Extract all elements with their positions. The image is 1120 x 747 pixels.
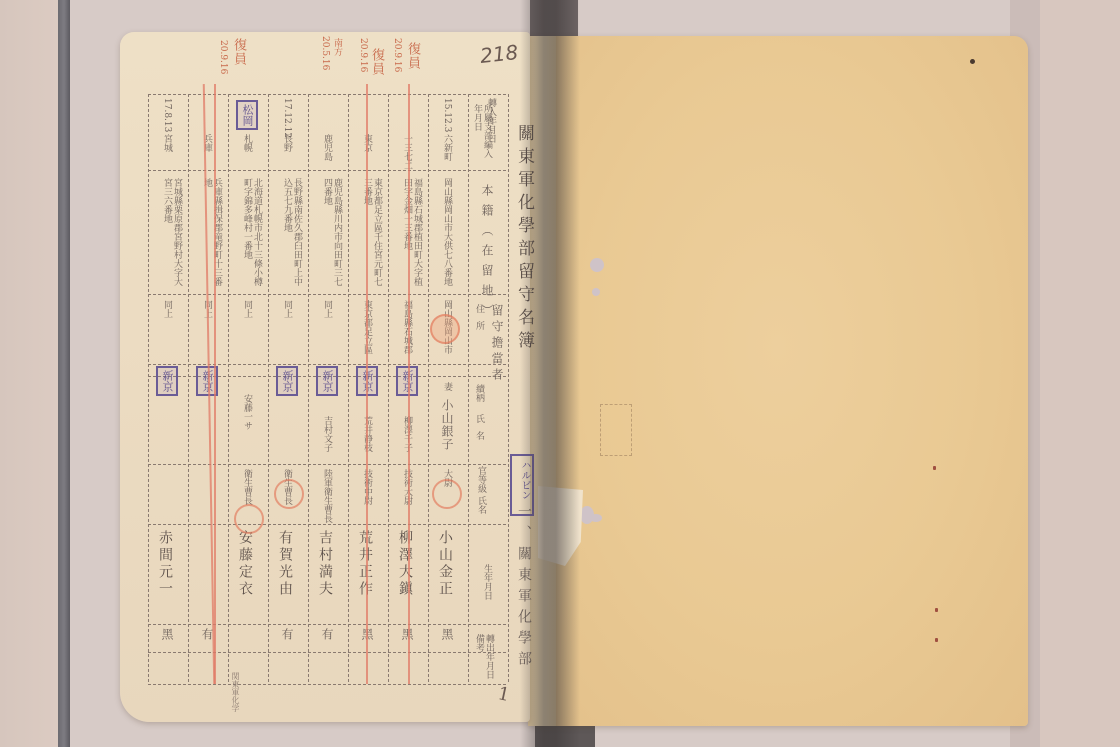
header-column: 轉入年月日 所屬支部編入年月日 本籍（在留地） 留守擔當者 住所 續柄 氏名 官… [468, 94, 508, 684]
branch-stamp: 新京 [276, 366, 298, 396]
red-seal [274, 479, 304, 509]
person-name: 安藤定衣 [238, 530, 251, 598]
annotation-demobilized: 復員 [406, 42, 419, 70]
person-name: 赤間元一 [158, 530, 171, 598]
register-grid: 轉入年月日 所屬支部編入年月日 本籍（在留地） 留守擔當者 住所 續柄 氏名 官… [148, 94, 508, 684]
red-seal [430, 314, 460, 344]
table-row: 17.8.13 宮城 宮城縣栗原郡宮野村大字大宮三六番地 同上 新京 赤間元一 … [148, 94, 188, 684]
bottom-mark: 1 [496, 683, 512, 706]
header-guardian-label: 留守擔當者 [490, 304, 503, 384]
header-branch-assign: 所屬支部編入年月日 [472, 104, 492, 164]
table-row: 松岡 札幌 北海道札幌市北十三條小樽町字錦多峰村一番地 同上 安藤一サ 衛生曹長… [228, 94, 268, 684]
red-mark [933, 466, 936, 470]
annotation-date: 20.9.16 [358, 38, 368, 72]
paper-hole [590, 514, 602, 522]
annotation-date: 20.5.16 [320, 36, 330, 70]
bottom-note: 関東軍化学 [230, 672, 241, 712]
annotation-demobilized: 復員 [370, 48, 383, 76]
faint-stamp-outline [600, 404, 632, 456]
table-row: 鹿児島 鹿児島縣川内市向田町三七四番地 同上 新京 吉村文子 陸軍衛生曹長 吉村… [308, 94, 348, 684]
header-guardian-address: 住所 [474, 304, 484, 338]
paper-hole [590, 258, 604, 272]
red-strike-line [408, 84, 410, 684]
top-stamp: 松岡 [236, 100, 258, 130]
header-remarks: 轉出年月日 備考 [474, 634, 494, 684]
branch-stamp: 新京 [316, 366, 338, 396]
red-seal [432, 479, 462, 509]
header-rank-name: 官等級 氏名 [476, 466, 486, 514]
binder-bar [58, 0, 70, 747]
header-guardian-name: 氏名 [474, 414, 484, 448]
red-seal [234, 504, 264, 534]
red-mark [935, 638, 938, 642]
annotation-date: 20.9.16 [392, 38, 402, 72]
person-name: 有賀光由 [278, 530, 291, 598]
table-row: 17.12.12 長野 長野縣南佐久郡臼田町上中込五七九番地 同上 新京 衛生曹… [268, 94, 308, 684]
red-strike-line [214, 84, 216, 684]
table-row: 15.12.3 六新町 岡山縣岡山市大供七八番地 岡山縣岡山市 妻 小山銀子 大… [428, 94, 468, 684]
red-mark [935, 608, 938, 612]
right-page-blank [528, 36, 1028, 726]
annotation-date: 20.9.16 [218, 40, 228, 74]
person-name: 吉村満夫 [318, 530, 331, 598]
red-strike-line [366, 84, 368, 684]
annotation-south: 南方 [332, 38, 342, 56]
table-row: 東京 東京都足立區千住宮元町七三番地 東京都足立區 新京 荒井静枝 技術中尉 荒… [348, 94, 388, 684]
branch-stamp: 新京 [156, 366, 178, 396]
header-birth-date: 生年月日 [482, 564, 492, 600]
page-number: 218 [479, 40, 519, 68]
background-left [0, 0, 58, 747]
paper-hole [592, 288, 600, 296]
branch-stamp: 新京 [396, 366, 418, 396]
annotation-demobilized: 復員 [232, 38, 245, 66]
header-domicile: 本籍（在留地） [480, 184, 493, 324]
person-name: 小山金正 [438, 530, 451, 598]
background-right [1040, 0, 1120, 747]
spine-shadow [520, 0, 580, 747]
header-relation: 續柄 [474, 384, 484, 402]
person-name: 荒井正作 [358, 530, 371, 598]
ink-dot [970, 59, 975, 64]
left-page-register: 218 轉入年月日 所屬支部編入年月日 本籍（在留地） 留守擔當者 住所 續柄 [120, 32, 530, 722]
